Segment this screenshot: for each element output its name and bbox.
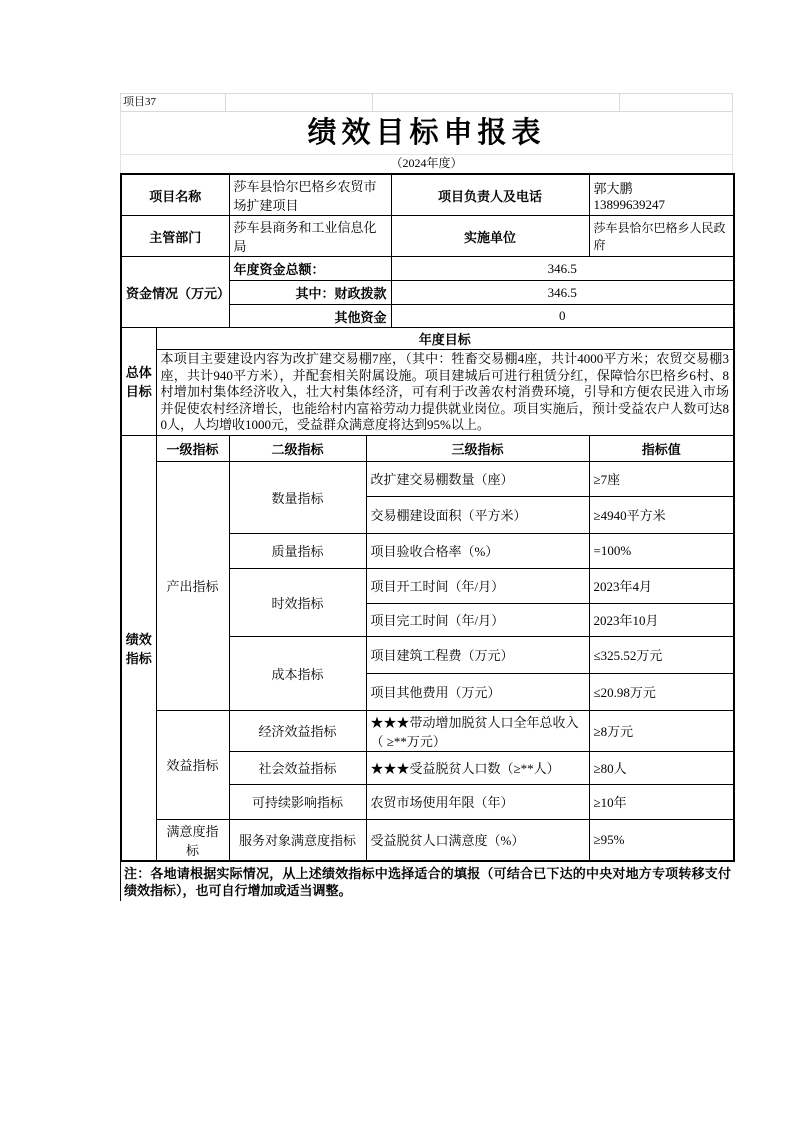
implementer-value-cell: 莎车县恰尔巴格乡人民政府	[589, 216, 734, 257]
indicator-l3-cell: ★★★受益脱贫人口数（≥**人）	[366, 751, 589, 784]
indicator-value-cell: ≤20.98万元	[589, 673, 734, 710]
indicator-l3-cell: 改扩建交易棚数量（座）	[366, 461, 589, 496]
level2-economic-cell: 经济效益指标	[229, 710, 366, 751]
funding-fiscal-value-cell: 346.5	[391, 281, 734, 305]
manager-phone: 13899639247	[594, 197, 730, 213]
project-name-value-cell: 莎车县恰尔巴格乡农贸市场扩建项目	[229, 174, 391, 216]
title-block: 绩效目标申报表 （2024年度）	[120, 112, 733, 173]
indicator-value-cell: ≤325.52万元	[589, 636, 734, 673]
funding-total-label-cell: 年度资金总额：	[229, 257, 391, 281]
header-level3-cell: 三级指标	[366, 435, 589, 461]
indicator-value-cell: =100%	[589, 533, 734, 568]
indicator-value-cell: ≥10年	[589, 784, 734, 819]
table-row: 资金情况（万元） 年度资金总额： 346.5	[121, 257, 734, 281]
level2-quantity-cell: 数量指标	[229, 461, 366, 533]
department-label-cell: 主管部门	[121, 216, 229, 257]
indicator-l3-cell: 项目验收合格率（%）	[366, 533, 589, 568]
table-row: 本项目主要建设内容为改扩建交易棚7座，（其中：牲畜交易棚4座，共计4000平方米…	[121, 350, 734, 436]
header-level2-cell: 二级指标	[229, 435, 366, 461]
table-row: 效益指标 经济效益指标 ★★★带动增加脱贫人口全年总收入（ ≥**万元） ≥8万…	[121, 710, 734, 751]
footnote: 注：各地请根据实际情况，从上述绩效指标中选择适合的填报（可结合已下达的中央对地方…	[120, 862, 733, 901]
corner-project-label: 项目37	[121, 94, 226, 111]
indicator-l3-cell: 农贸市场使用年限（年）	[366, 784, 589, 819]
declaration-table: 项目名称 莎车县恰尔巴格乡农贸市场扩建项目 项目负责人及电话 郭大鹏 13899…	[120, 173, 735, 862]
grid-cell	[373, 94, 620, 111]
funding-fiscal-label-cell: 其中：财政拨款	[229, 281, 391, 305]
indicator-value-cell: ≥95%	[589, 819, 734, 861]
table-row: 总体目标 年度目标	[121, 328, 734, 350]
indicator-l3-cell: 受益脱贫人口满意度（%）	[366, 819, 589, 861]
table-row: 绩效指标 一级指标 二级指标 三级指标 指标值	[121, 435, 734, 461]
manager-name: 郭大鹏	[594, 178, 730, 197]
indicator-l3-cell: 项目开工时间（年/月）	[366, 568, 589, 603]
level1-satisfaction-cell: 满意度指标	[156, 819, 229, 861]
indicator-value-cell: ≥7座	[589, 461, 734, 496]
indicator-l3-cell: ★★★带动增加脱贫人口全年总收入（ ≥**万元）	[366, 710, 589, 751]
level1-benefit-cell: 效益指标	[156, 710, 229, 819]
indicator-value-cell: ≥8万元	[589, 710, 734, 751]
department-value-cell: 莎车县商务和工业信息化局	[229, 216, 391, 257]
form-content: 项目37 绩效目标申报表 （2024年度） 项目名称 莎车县恰尔巴格乡农贸市场扩…	[120, 93, 733, 901]
indicator-value-cell: 2023年10月	[589, 603, 734, 636]
level2-cost-cell: 成本指标	[229, 636, 366, 710]
table-row: 主管部门 莎车县商务和工业信息化局 实施单位 莎车县恰尔巴格乡人民政府	[121, 216, 734, 257]
funding-total-value-cell: 346.5	[391, 257, 734, 281]
indicator-l3-cell: 项目建筑工程费（万元）	[366, 636, 589, 673]
indicator-value-cell: 2023年4月	[589, 568, 734, 603]
table-row: 项目名称 莎车县恰尔巴格乡农贸市场扩建项目 项目负责人及电话 郭大鹏 13899…	[121, 174, 734, 216]
form-title: 绩效目标申报表	[121, 112, 732, 155]
overall-goal-text-cell: 本项目主要建设内容为改扩建交易棚7座，（其中：牲畜交易棚4座，共计4000平方米…	[156, 350, 734, 436]
level1-output-cell: 产出指标	[156, 461, 229, 710]
level2-quality-cell: 质量指标	[229, 533, 366, 568]
annual-goal-header-cell: 年度目标	[156, 328, 734, 350]
manager-value-cell: 郭大鹏 13899639247	[589, 174, 734, 216]
indicator-l3-cell: 交易棚建设面积（平方米）	[366, 496, 589, 533]
indicator-value-cell: ≥4940平方米	[589, 496, 734, 533]
level2-timeliness-cell: 时效指标	[229, 568, 366, 636]
grid-cell	[620, 94, 732, 111]
funding-label-cell: 资金情况（万元）	[121, 257, 229, 328]
performance-indicator-label-cell: 绩效指标	[121, 435, 156, 861]
form-subtitle: （2024年度）	[121, 155, 732, 173]
table-row: 满意度指标 服务对象满意度指标 受益脱贫人口满意度（%） ≥95%	[121, 819, 734, 861]
spreadsheet-page: 项目37 绩效目标申报表 （2024年度） 项目名称 莎车县恰尔巴格乡农贸市场扩…	[0, 0, 793, 1122]
indicator-l3-cell: 项目其他费用（万元）	[366, 673, 589, 710]
funding-other-value-cell: 0	[391, 305, 734, 328]
grid-strip-row: 项目37	[120, 93, 733, 112]
implementer-label-cell: 实施单位	[391, 216, 589, 257]
table-row: 产出指标 数量指标 改扩建交易棚数量（座） ≥7座	[121, 461, 734, 496]
grid-cell	[226, 94, 374, 111]
indicator-value-cell: ≥80人	[589, 751, 734, 784]
level2-social-cell: 社会效益指标	[229, 751, 366, 784]
project-name-label-cell: 项目名称	[121, 174, 229, 216]
manager-label-cell: 项目负责人及电话	[391, 174, 589, 216]
header-level1-cell: 一级指标	[156, 435, 229, 461]
level2-sustainability-cell: 可持续影响指标	[229, 784, 366, 819]
header-value-cell: 指标值	[589, 435, 734, 461]
level2-service-satisfaction-cell: 服务对象满意度指标	[229, 819, 366, 861]
overall-goal-label-cell: 总体目标	[121, 328, 156, 436]
funding-other-label-cell: 其他资金	[229, 305, 391, 328]
indicator-l3-cell: 项目完工时间（年/月）	[366, 603, 589, 636]
